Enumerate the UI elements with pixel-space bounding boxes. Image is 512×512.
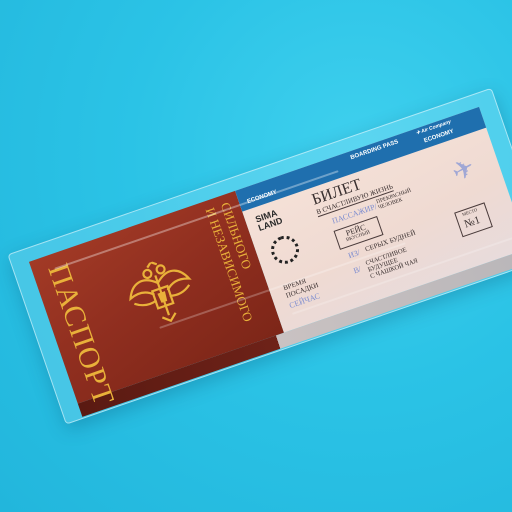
sima-land-logo: SIMA LAND bbox=[254, 208, 283, 233]
seat-box: МЕСТО №1 bbox=[454, 202, 493, 237]
to-label: В/ bbox=[352, 264, 362, 275]
airplane-icon: ✈ bbox=[447, 152, 481, 189]
factory-badge-icon: фабрика счастья bbox=[267, 232, 303, 268]
eagle-emblem-icon bbox=[118, 251, 205, 334]
seat-value: №1 bbox=[463, 214, 482, 231]
